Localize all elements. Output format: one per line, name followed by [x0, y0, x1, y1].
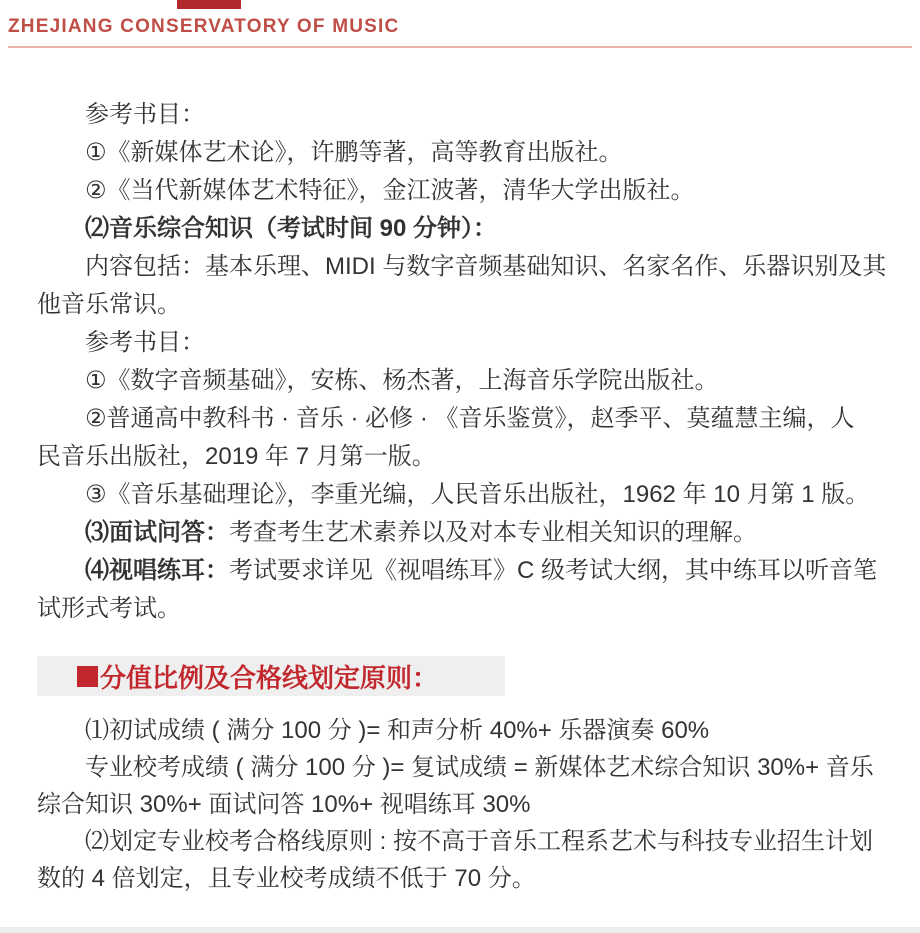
- text-line: ⑵音乐综合知识（考试时间 90 分钟）：: [37, 210, 883, 248]
- text-line: 专业校考成绩 ( 满分 100 分 )= 复试成绩 = 新媒体艺术综合知识 30…: [37, 749, 883, 786]
- top-red-mark: [177, 0, 241, 9]
- brand-title: ZHEJIANG CONSERVATORY OF MUSIC: [8, 16, 399, 38]
- bottom-strip: [0, 927, 920, 933]
- text-line: ②普通高中教科书 · 音乐 · 必修 · 《音乐鉴赏》，赵季平、莫蕴慧主编，人: [37, 400, 883, 438]
- header-divider: [8, 46, 912, 48]
- text-segment: ⑴初试成绩 ( 满分 100 分 )= 和声分析 40%+ 乐器演奏 60%: [85, 717, 709, 744]
- text-line: ⑷视唱练耳：考试要求详见《视唱练耳》C 级考试大纲，其中练耳以听音笔: [37, 552, 883, 590]
- text-line: ②《当代新媒体艺术特征》，金江波著，清华大学出版社。: [37, 172, 883, 210]
- text-line: 数的 4 倍划定，且专业校考成绩不低于 70 分。: [37, 860, 883, 897]
- text-line: 试形式考试。: [37, 590, 883, 628]
- section-body: ⑴初试成绩 ( 满分 100 分 )= 和声分析 40%+ 乐器演奏 60%专业…: [37, 712, 883, 897]
- red-square-bullet-icon: [77, 666, 98, 687]
- text-line: ⑵划定专业校考合格线原则 : 按不高于音乐工程系艺术与科技专业招生计划: [37, 823, 883, 860]
- text-segment: 他音乐常识。: [37, 291, 181, 318]
- text-line: 参考书目：: [37, 324, 883, 362]
- section-heading-bar: 分值比例及合格线划定原则：: [37, 656, 505, 696]
- text-segment: 参考书目：: [85, 101, 205, 128]
- text-segment: 参考书目：: [85, 329, 205, 356]
- text-segment: 专业校考成绩 ( 满分 100 分 )= 复试成绩 = 新媒体艺术综合知识 30…: [85, 754, 874, 781]
- text-line: 内容包括：基本乐理、MIDI 与数字音频基础知识、名家名作、乐器识别及其: [37, 248, 883, 286]
- text-line: ①《数字音频基础》，安栋、杨杰著，上海音乐学院出版社。: [37, 362, 883, 400]
- text-segment: ①《数字音频基础》，安栋、杨杰著，上海音乐学院出版社。: [85, 367, 719, 394]
- text-segment: ⑵划定专业校考合格线原则 : 按不高于音乐工程系艺术与科技专业招生计划: [85, 828, 873, 855]
- text-line: ①《新媒体艺术论》，许鹏等著，高等教育出版社。: [37, 134, 883, 172]
- text-line: ③《音乐基础理论》，李重光编，人民音乐出版社，1962 年 10 月第 1 版。: [37, 476, 883, 514]
- text-segment: 数的 4 倍划定，且专业校考成绩不低于 70 分。: [37, 865, 536, 892]
- text-segment: ①《新媒体艺术论》，许鹏等著，高等教育出版社。: [85, 139, 623, 166]
- text-line: ⑴初试成绩 ( 满分 100 分 )= 和声分析 40%+ 乐器演奏 60%: [37, 712, 883, 749]
- text-segment: ③《音乐基础理论》，李重光编，人民音乐出版社，1962 年 10 月第 1 版。: [85, 481, 869, 508]
- section-heading-title: 分值比例及合格线划定原则：: [100, 658, 438, 695]
- text-line: 参考书目：: [37, 96, 883, 134]
- text-segment: 考试要求详见《视唱练耳》C 级考试大纲，其中练耳以听音笔: [229, 557, 877, 584]
- text-line: 他音乐常识。: [37, 286, 883, 324]
- text-line: ⑶面试问答：考查考生艺术素养以及对本专业相关知识的理解。: [37, 514, 883, 552]
- text-segment: 试形式考试。: [37, 595, 181, 622]
- text-segment: ②《当代新媒体艺术特征》，金江波著，清华大学出版社。: [85, 177, 695, 204]
- text-line: 民音乐出版社，2019 年 7 月第一版。: [37, 438, 883, 476]
- text-segment: 考查考生艺术素养以及对本专业相关知识的理解。: [229, 519, 757, 546]
- bold-text-segment: ⑶面试问答：: [85, 519, 229, 546]
- document-body: 参考书目：①《新媒体艺术论》，许鹏等著，高等教育出版社。②《当代新媒体艺术特征》…: [37, 96, 883, 628]
- bold-text-segment: ⑵音乐综合知识（考试时间 90 分钟）：: [85, 215, 497, 242]
- bold-text-segment: ⑷视唱练耳：: [85, 557, 229, 584]
- text-segment: 综合知识 30%+ 面试问答 10%+ 视唱练耳 30%: [37, 791, 530, 818]
- text-segment: 民音乐出版社，2019 年 7 月第一版。: [37, 443, 436, 470]
- text-segment: ②普通高中教科书 · 音乐 · 必修 · 《音乐鉴赏》，赵季平、莫蕴慧主编，人: [85, 405, 855, 432]
- text-line: 综合知识 30%+ 面试问答 10%+ 视唱练耳 30%: [37, 786, 883, 823]
- text-segment: 内容包括：基本乐理、MIDI 与数字音频基础知识、名家名作、乐器识别及其: [85, 253, 886, 280]
